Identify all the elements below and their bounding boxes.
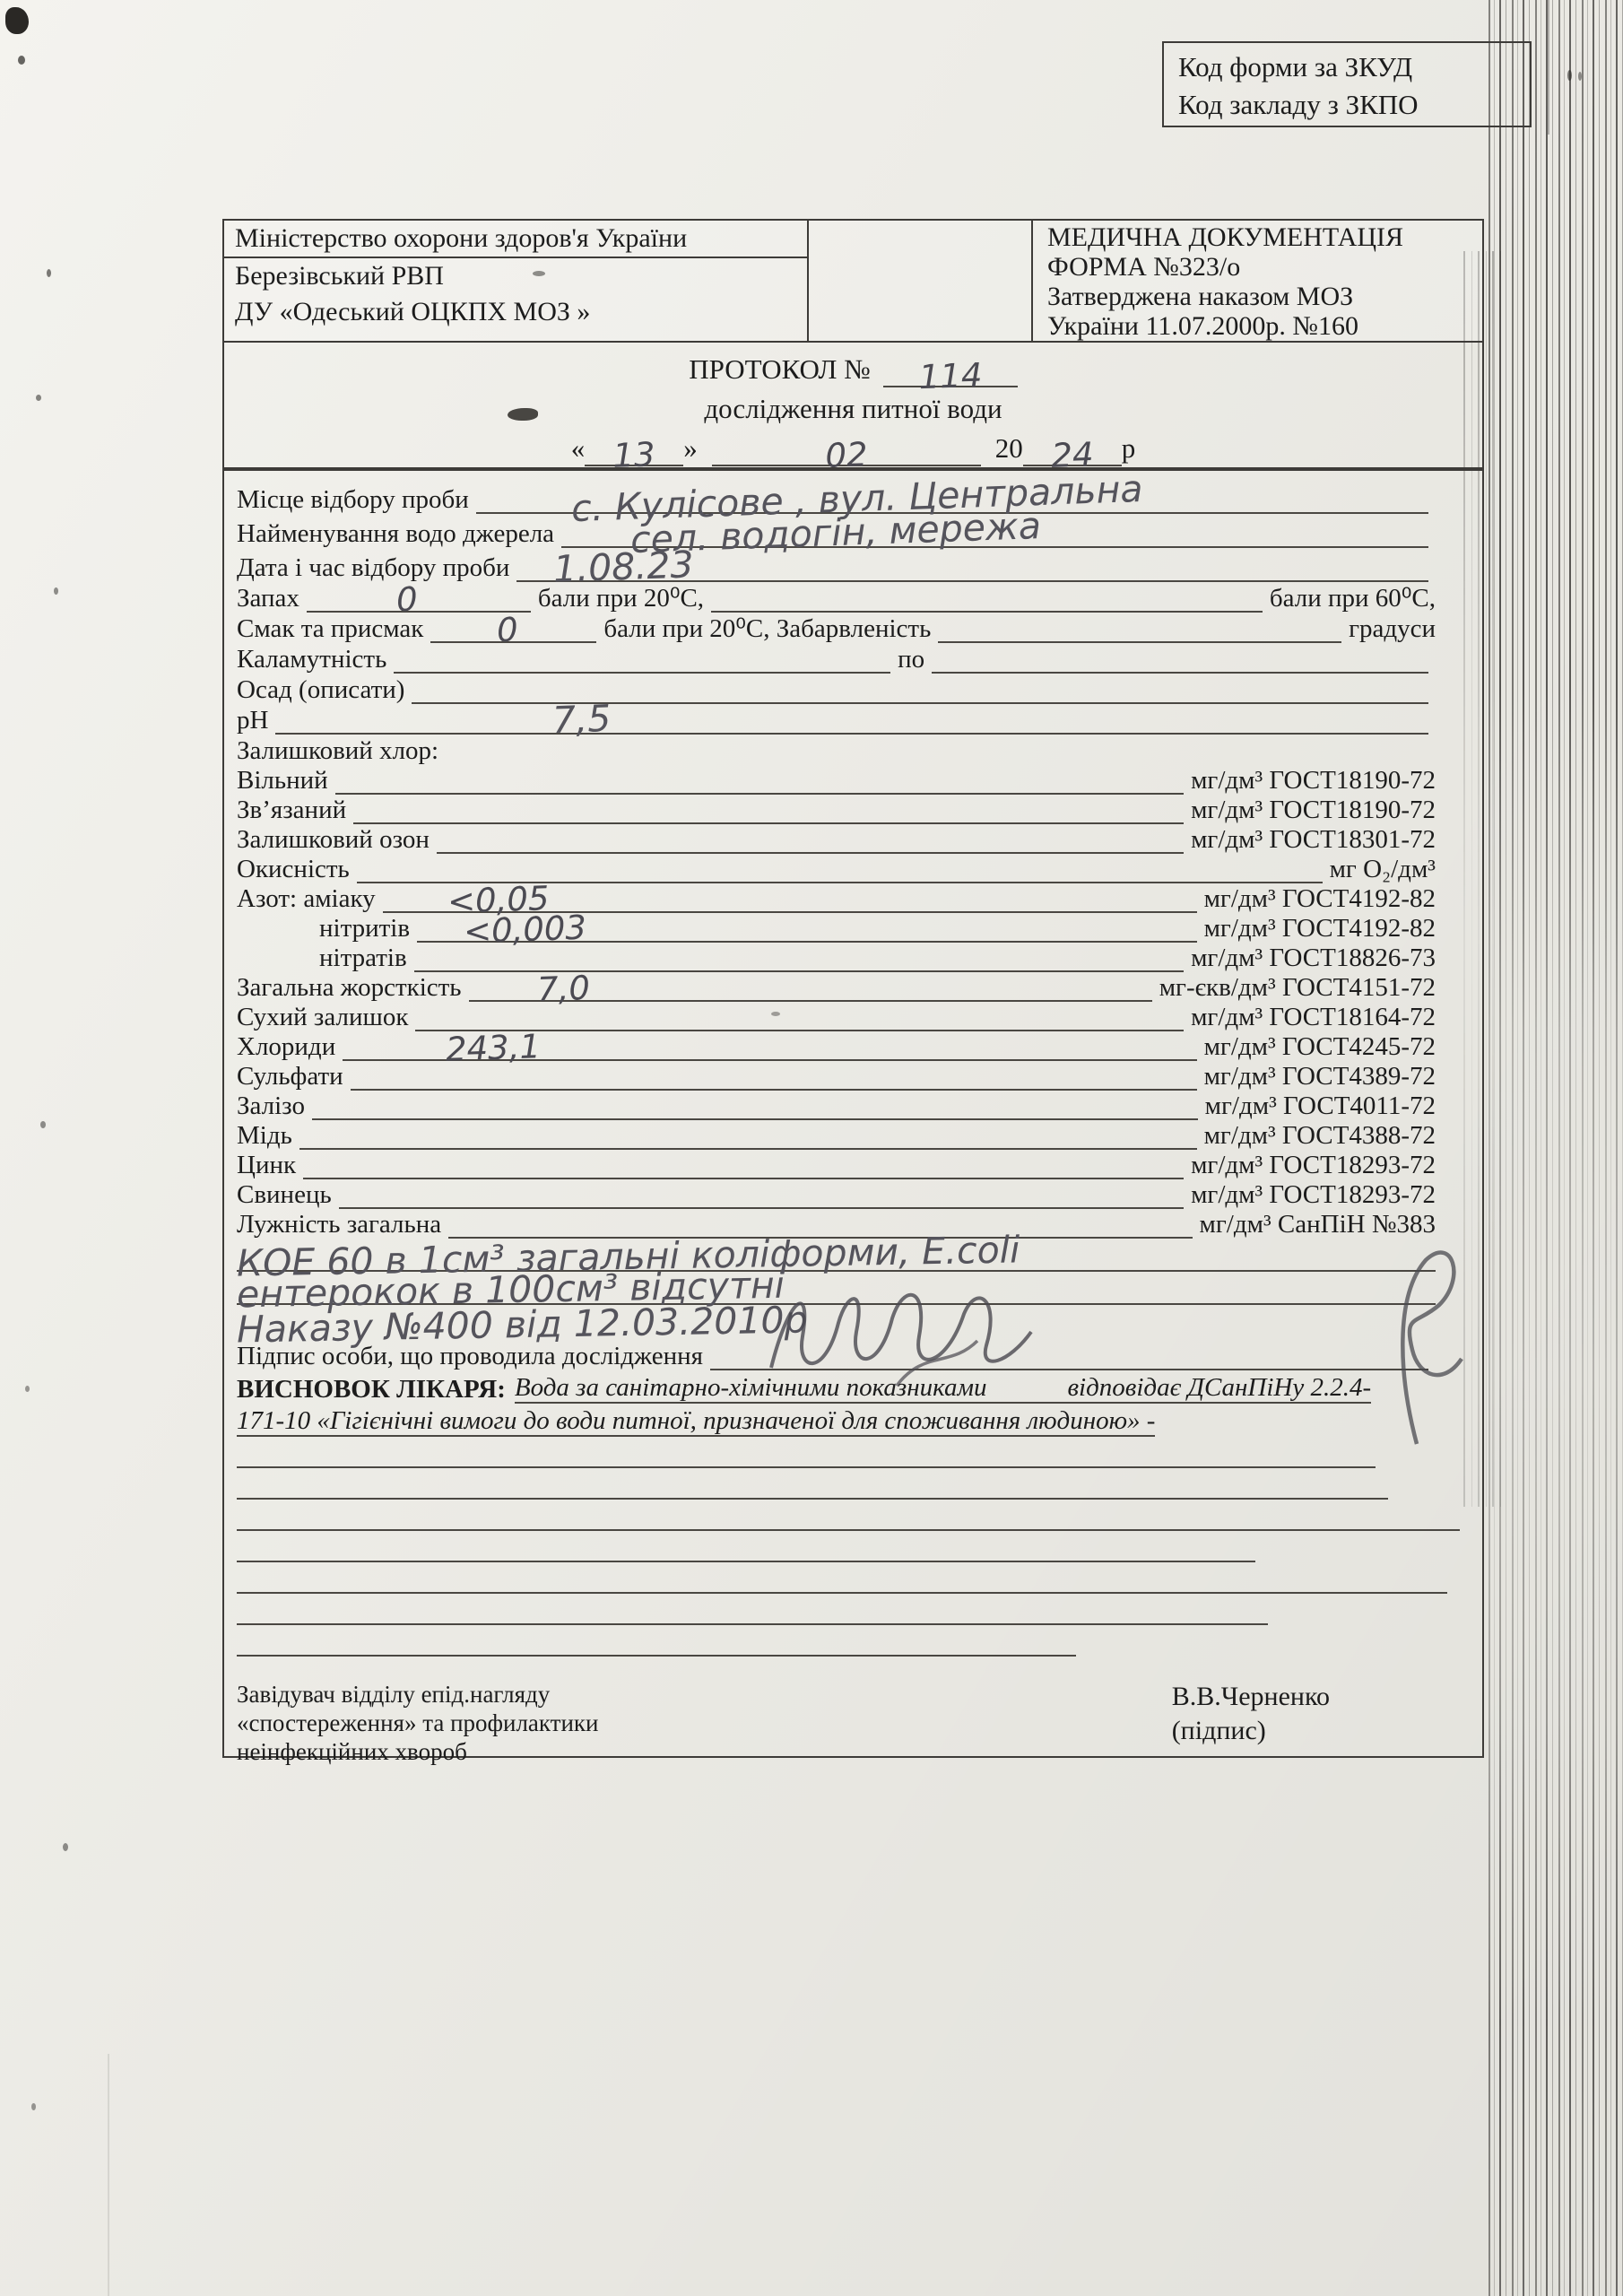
date-month-field: 02	[712, 430, 981, 466]
field-sediment: Осад (описати)	[237, 674, 1436, 704]
field-label: Лужність загальна	[237, 1211, 441, 1239]
field-label: Окисність	[237, 856, 350, 883]
scan-speck	[47, 269, 51, 277]
date-quote-open: «	[571, 430, 586, 466]
institution-line: ДУ «Одеський ОЦКПХ МОЗ »	[224, 294, 807, 330]
scanned-protocol-page: Код форми за ЗКУД Код закладу з ЗКПО Мін…	[0, 0, 1623, 2296]
date-quote-close: »	[683, 430, 698, 466]
field-label: Сульфати	[237, 1063, 343, 1091]
field-sampling-place: Місце відбору проби с. Кулісове , вул. Ц…	[237, 480, 1436, 514]
row-copper: Мідь мг/дм³ ГОСТ4388-72	[237, 1120, 1436, 1150]
field-line	[299, 1120, 1197, 1150]
unit-text: мг О₂/дм³	[1330, 856, 1436, 883]
field-line: <0,05	[383, 883, 1197, 913]
field-label: Зв’язаний	[237, 796, 346, 824]
protocol-body-box: Місце відбору проби с. Кулісове , вул. Ц…	[222, 469, 1484, 1758]
field-label: Місце відбору проби	[237, 486, 469, 514]
blank-line	[237, 1625, 1076, 1657]
field-smell: Запах 0 бали при 20⁰С, бали при 60⁰С,	[237, 582, 1436, 613]
field-label: Залишковий хлор:	[237, 737, 438, 765]
field-sampling-datetime: Дата і час відбору проби 1.08.23	[237, 548, 1436, 582]
signer-name: В.В.Черненко	[1172, 1680, 1330, 1714]
unit-text: бали при 60⁰С,	[1270, 585, 1436, 613]
field-label: Залишковий озон	[237, 826, 430, 854]
blank-line	[237, 1594, 1268, 1625]
unit-text: мг-єкв/дм³ ГОСТ4151-72	[1159, 974, 1436, 1002]
unit-text: градуси	[1349, 615, 1436, 643]
date-year-field: 24	[1023, 430, 1122, 466]
rvp-line: Березівський РВП	[224, 258, 807, 294]
conclusion-text-3: 171-10 «Гігієнічні вимоги до води питної…	[237, 1407, 1155, 1437]
field-water-source: Найменування водо джерела сел. водогін, …	[237, 514, 1436, 548]
ministry-line: Міністерство охорони здоров'я України	[224, 221, 807, 258]
field-label: Хлориди	[237, 1033, 335, 1061]
field-line: 0	[430, 613, 596, 643]
field-label: нітритів	[237, 915, 410, 943]
field-label: Азот: аміаку	[237, 885, 376, 913]
header-table: Міністерство охорони здоров'я України Бе…	[222, 219, 1484, 343]
unit-text: мг/дм³ ГОСТ4011-72	[1205, 1092, 1436, 1120]
med-doc-line: МЕДИЧНА ДОКУМЕНТАЦІЯ	[1047, 222, 1475, 252]
taste-value-handwritten: 0	[497, 613, 519, 648]
header-empty-cell	[809, 221, 1033, 341]
scan-speck	[40, 1121, 46, 1128]
field-label: Цинк	[237, 1152, 296, 1179]
scan-speck	[18, 56, 25, 65]
scan-speck	[63, 1843, 68, 1851]
conclusion-label: ВИСНОВОК ЛІКАРЯ:	[237, 1376, 506, 1404]
row-chlorides: Хлориди 243,1 мг/дм³ ГОСТ4245-72	[237, 1031, 1436, 1061]
row-total-hardness: Загальна жорсткість 7,0 мг-єкв/дм³ ГОСТ4…	[237, 972, 1436, 1002]
conclusion-text-2: відповідає ДСанПіНу 2.2.4-	[1067, 1374, 1371, 1404]
field-line: 7,0	[469, 972, 1152, 1002]
unit-text: мг/дм³ ГОСТ4192-82	[1204, 885, 1436, 913]
researcher-signature-ink	[762, 1260, 1058, 1395]
unit-text: мг/дм³ ГОСТ18293-72	[1191, 1181, 1436, 1209]
field-line	[335, 765, 1184, 795]
unit-text: мг/дм³ ГОСТ18190-72	[1191, 767, 1436, 795]
row-nitrates: нітратів мг/дм³ ГОСТ18826-73	[237, 943, 1436, 972]
approved-line: Затверджена наказом МОЗ	[1047, 282, 1475, 311]
field-line	[711, 582, 1263, 613]
residual-chlorine-header: Залишковий хлор:	[237, 735, 1436, 765]
field-line	[414, 943, 1184, 972]
field-label: нітратів	[237, 944, 407, 972]
smell-value-handwritten: 0	[395, 583, 418, 617]
scan-speck	[36, 395, 41, 401]
row-nitrogen-ammonia: Азот: аміаку <0,05 мг/дм³ ГОСТ4192-82	[237, 883, 1436, 913]
field-label: рН	[237, 707, 268, 735]
field-label: Загальна жорсткість	[237, 974, 462, 1002]
blank-line	[237, 1562, 1447, 1594]
scan-speck	[54, 587, 58, 595]
field-label: Підпис особи, що проводила дослідження	[237, 1343, 703, 1370]
unit-text: бали при 20⁰С, Забарвленість	[603, 615, 931, 643]
form-codes-box: Код форми за ЗКУД Код закладу з ЗКПО	[1162, 41, 1532, 127]
field-ph: рН 7,5	[237, 704, 1436, 735]
scan-speck	[1578, 72, 1582, 81]
paper-crease	[1548, 0, 1549, 135]
row-oxidability: Окисність мг О₂/дм³	[237, 854, 1436, 883]
unit-text: мг/дм³ ГОСТ18190-72	[1191, 796, 1436, 824]
header-issuer-cell: Міністерство охорони здоров'я України Бе…	[224, 221, 809, 341]
field-line	[394, 643, 890, 674]
field-line	[339, 1179, 1184, 1209]
protocol-number-handwritten: 114	[882, 357, 1018, 395]
unit-text: по	[898, 646, 924, 674]
scan-speck	[5, 7, 29, 34]
code-zkud: Код форми за ЗКУД	[1178, 48, 1530, 86]
footer-signer: В.В.Черненко (підпис)	[1172, 1680, 1330, 1766]
row-sulfates: Сульфати мг/дм³ ГОСТ4389-72	[237, 1061, 1436, 1091]
row-nitrites: нітритів <0,003 мг/дм³ ГОСТ4192-82	[237, 913, 1436, 943]
unit-text: мг/дм³ СанПіН №383	[1200, 1211, 1436, 1239]
field-line	[357, 854, 1323, 883]
field-line	[351, 1061, 1197, 1091]
field-line: 243,1	[343, 1031, 1196, 1061]
field-label: Вільний	[237, 767, 328, 795]
doctor-conclusion-row-2: 171-10 «Гігієнічні вимоги до води питної…	[237, 1404, 1436, 1437]
protocol-title-box: ПРОТОКОЛ № 114 дослідження питної води «…	[222, 343, 1484, 469]
footer-line: неінфекційних хвороб	[237, 1737, 599, 1766]
field-line	[312, 1091, 1198, 1120]
unit-text: мг/дм³ ГОСТ4192-82	[1204, 915, 1436, 943]
field-label: Запах	[237, 585, 299, 613]
field-line	[932, 643, 1428, 674]
field-label: Мідь	[237, 1122, 292, 1150]
unit-text: мг/дм³ ГОСТ18293-72	[1191, 1152, 1436, 1179]
footer-signature-block: Завідувач відділу епід.нагляду «спостере…	[237, 1680, 1436, 1766]
field-line: 0	[307, 582, 531, 613]
scan-speck	[1567, 70, 1572, 81]
protocol-label: ПРОТОКОЛ №	[689, 352, 870, 387]
date-year-prefix: 20	[995, 430, 1023, 466]
footer-position-title: Завідувач відділу епід.нагляду «спостере…	[237, 1680, 599, 1766]
field-label: Сухий залишок	[237, 1004, 408, 1031]
field-line	[353, 795, 1184, 824]
field-label: Смак та присмак	[237, 615, 423, 643]
unit-text: мг/дм³ ГОСТ18164-72	[1191, 1004, 1436, 1031]
blank-line	[237, 1531, 1255, 1562]
ph-value-handwritten: 7,5	[551, 700, 612, 739]
field-label: Дата і час відбору проби	[237, 554, 509, 582]
scan-speck	[25, 1386, 30, 1392]
code-zkpo: Код закладу з ЗКПО	[1178, 86, 1530, 124]
header-form-cell: МЕДИЧНА ДОКУМЕНТАЦІЯ ФОРМА №323/о Затвер…	[1033, 221, 1482, 341]
field-line: 1.08.23	[516, 548, 1428, 582]
scan-speck	[31, 2103, 36, 2110]
blank-line	[237, 1468, 1388, 1500]
scanner-streaks	[1488, 0, 1623, 2296]
field-line	[437, 824, 1184, 854]
field-label: Свинець	[237, 1181, 332, 1209]
field-label: Найменування водо джерела	[237, 520, 554, 548]
form-number-line: ФОРМА №323/о	[1047, 252, 1475, 282]
unit-text: мг/дм³ ГОСТ18826-73	[1191, 944, 1436, 972]
field-line: <0,003	[417, 913, 1197, 943]
field-label: Осад (описати)	[237, 676, 404, 704]
date-year-suffix: р	[1122, 430, 1136, 466]
unit-text: мг/дм³ ГОСТ4388-72	[1204, 1122, 1436, 1150]
footer-line: Завідувач відділу епід.нагляду	[237, 1680, 599, 1709]
signature-caption: (підпис)	[1172, 1714, 1330, 1748]
row-zinc: Цинк мг/дм³ ГОСТ18293-72	[237, 1150, 1436, 1179]
date-day-field: 13	[585, 430, 683, 466]
row-free-chlorine: Вільний мг/дм³ ГОСТ18190-72	[237, 765, 1436, 795]
field-line: 7,5	[275, 704, 1428, 735]
margin-signature-ink	[1363, 1242, 1480, 1448]
protocol-subtitle-text: дослідження питної води	[704, 391, 1002, 427]
row-iron: Залізо мг/дм³ ГОСТ4011-72	[237, 1091, 1436, 1120]
unit-text: мг/дм³ ГОСТ18301-72	[1191, 826, 1436, 854]
row-residual-ozone: Залишковий озон мг/дм³ ГОСТ18301-72	[237, 824, 1436, 854]
field-line	[303, 1150, 1184, 1179]
unit-text: бали при 20⁰С,	[538, 585, 704, 613]
field-label: Каламутність	[237, 646, 386, 674]
date-day-handwritten: 13	[585, 437, 684, 474]
field-label: Залізо	[237, 1092, 305, 1120]
unit-text: мг/дм³ ГОСТ4245-72	[1204, 1033, 1436, 1061]
blank-line	[237, 1437, 1376, 1468]
unit-text: мг/дм³ ГОСТ4389-72	[1204, 1063, 1436, 1091]
row-lead: Свинець мг/дм³ ГОСТ18293-72	[237, 1179, 1436, 1209]
protocol-subtitle: дослідження питної води	[224, 387, 1482, 427]
protocol-number-field: 114	[883, 352, 1018, 387]
field-line	[938, 613, 1341, 643]
row-bound-chlorine: Зв’язаний мг/дм³ ГОСТ18190-72	[237, 795, 1436, 824]
paper-crease	[108, 2054, 109, 2296]
field-turbidity: Каламутність по	[237, 643, 1436, 674]
field-taste: Смак та присмак 0 бали при 20⁰С, Забарвл…	[237, 613, 1436, 643]
row-dry-residue: Сухий залишок мг/дм³ ГОСТ18164-72	[237, 1002, 1436, 1031]
blank-line	[237, 1500, 1460, 1531]
order-line: України 11.07.2000р. №160	[1047, 311, 1475, 341]
footer-line: «спостереження» та профилактики	[237, 1709, 599, 1737]
